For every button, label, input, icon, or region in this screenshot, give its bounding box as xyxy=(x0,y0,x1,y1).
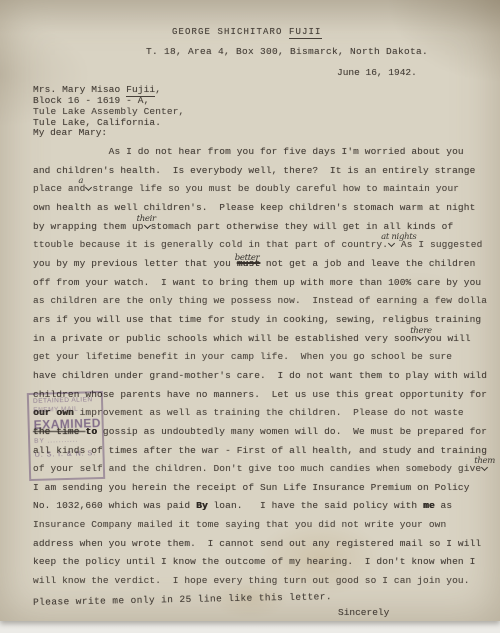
handwritten-correction: better xyxy=(235,249,260,268)
typed-line: in a private or public schools which wil… xyxy=(33,330,493,349)
typed-text-segment: will know the verdict. I hope every thin… xyxy=(33,575,470,586)
typed-text-segment: Block 16 - 1619 - A, xyxy=(33,95,149,106)
typed-line: off from your watch. I want to bring the… xyxy=(33,274,493,293)
typed-text-segment: own health as well children's. Please ke… xyxy=(33,202,475,213)
return-address: T. 18, Area 4, Box 300, Bismarck, North … xyxy=(146,46,428,57)
typed-line: have children under grand-mother's care.… xyxy=(33,367,493,386)
typed-text-segment: our own xyxy=(33,407,74,418)
typed-line: Insurance Company mailed it tome saying … xyxy=(33,516,493,535)
typed-line: all kinds of times after the war - First… xyxy=(33,442,493,461)
letter-body: As I do not hear from you for five days … xyxy=(33,143,493,591)
typed-line: the time to gossip as undoubtedly many w… xyxy=(33,423,493,442)
typed-text-segment: not get a job and leave the children xyxy=(260,258,475,269)
typed-text-segment: of your self and the children. Don't giv… xyxy=(33,463,481,474)
sender-name-text: GEORGE SHICHITARO xyxy=(172,27,289,37)
typed-line: place andastrange life so you must be do… xyxy=(33,180,493,199)
typed-text-segment: mustbetter xyxy=(237,258,260,269)
typed-line: As I do not hear from you for five days … xyxy=(33,143,493,162)
typed-text-segment: have children under grand-mother's care.… xyxy=(33,370,487,381)
typed-text-segment: ttouble because it is generally cold in … xyxy=(33,239,388,250)
sender-surname-underlined: FUJII xyxy=(289,27,322,39)
typed-line: address when you wrote them. I cannot se… xyxy=(33,535,493,554)
typed-text-segment: As I do not hear from you for five days … xyxy=(33,146,464,157)
typed-text-segment: strange life so you must be doubly caref… xyxy=(92,183,459,194)
typed-line: you by my previous letter that you mustb… xyxy=(33,255,493,274)
typed-text-segment: by wrapping them up xyxy=(33,221,144,232)
typed-text-segment: you by my previous letter that you xyxy=(33,258,237,269)
typed-line: No. 1032,660 which was paid By loan. I h… xyxy=(33,497,493,516)
typed-text-segment: improvement as well as training the chil… xyxy=(74,407,464,418)
typed-line: I am sending you herein the receipt of S… xyxy=(33,479,493,498)
typed-text-segment: keep the policy until I know the outcome… xyxy=(33,556,475,567)
letter-date: June 16, 1942. xyxy=(337,67,417,78)
typed-line: by wrapping them uptheirstomach part oth… xyxy=(33,218,493,237)
handwritten-insertion: them xyxy=(481,461,488,471)
typed-text-segment: children whose parents have no manners. … xyxy=(33,389,487,400)
handwritten-insertion: there xyxy=(417,331,424,341)
typed-text-segment: , xyxy=(155,84,161,95)
typed-text-segment: address when you wrote them. I cannot se… xyxy=(33,538,481,549)
typed-text-segment: Tule Lake Assembly Center, xyxy=(33,106,184,117)
typed-text-segment: I am sending you herein the receipt of S… xyxy=(33,482,470,493)
typed-line: children whose parents have no manners. … xyxy=(33,386,493,405)
recipient-address-block: Mrs. Mary Misao Fujii,Block 16 - 1619 - … xyxy=(33,85,184,129)
salutation: My dear Mary: xyxy=(33,127,107,138)
typed-text-segment: Insurance Company mailed it tome saying … xyxy=(33,519,446,530)
typed-line: keep the policy until I know the outcome… xyxy=(33,553,493,572)
typed-text-segment: off from your watch. I want to bring the… xyxy=(33,277,481,288)
typed-line: will know the verdict. I hope every thin… xyxy=(33,572,493,591)
typed-text-segment: and children's health. Is everybody well… xyxy=(33,165,475,176)
typed-text-segment: gossip as undoubtedly many women will do… xyxy=(97,426,487,437)
handwritten-insertion: at nights xyxy=(388,237,395,247)
typed-line: and children's health. Is everybody well… xyxy=(33,162,493,181)
typed-text-segment: Mrs. Mary Misao xyxy=(33,84,126,95)
typed-line: ttouble because it is generally cold in … xyxy=(33,236,493,255)
typed-text-segment: loan. I have the said policy with xyxy=(208,500,423,511)
typed-line: of your self and the children. Don't giv… xyxy=(33,460,493,479)
handwritten-insertion: a xyxy=(85,181,92,191)
letter-scan-page: { "header": { "name": "GEORGE SHICHITARO… xyxy=(0,0,500,633)
typed-text-segment: the time xyxy=(33,426,85,437)
typed-line: own health as well children's. Please ke… xyxy=(33,199,493,218)
typed-text-segment: to xyxy=(85,426,97,437)
insertion-caret-mark xyxy=(85,184,92,191)
typed-text-segment: in a private or public schools which wil… xyxy=(33,333,417,344)
sender-name: GEORGE SHICHITARO FUJII xyxy=(172,27,322,37)
typed-text-segment: me xyxy=(423,500,435,511)
typed-text-segment: No. 1032,660 which was paid xyxy=(33,500,196,511)
typed-text-segment: as children are the only thing we posses… xyxy=(33,295,487,306)
typed-line: get your lifetime benefit in your camp l… xyxy=(33,348,493,367)
typed-text-segment: as xyxy=(435,500,452,511)
signoff: Sincerely xyxy=(338,607,389,618)
typed-text-segment: get your lifetime benefit in your camp l… xyxy=(33,351,452,362)
typed-text-segment: By xyxy=(196,500,208,511)
handwritten-insertion: their xyxy=(144,219,151,229)
typed-line: our own improvement as well as training … xyxy=(33,404,493,423)
typed-line: as children are the only thing we posses… xyxy=(33,292,493,311)
typed-text-segment: all kinds of times after the war - First… xyxy=(33,445,487,456)
